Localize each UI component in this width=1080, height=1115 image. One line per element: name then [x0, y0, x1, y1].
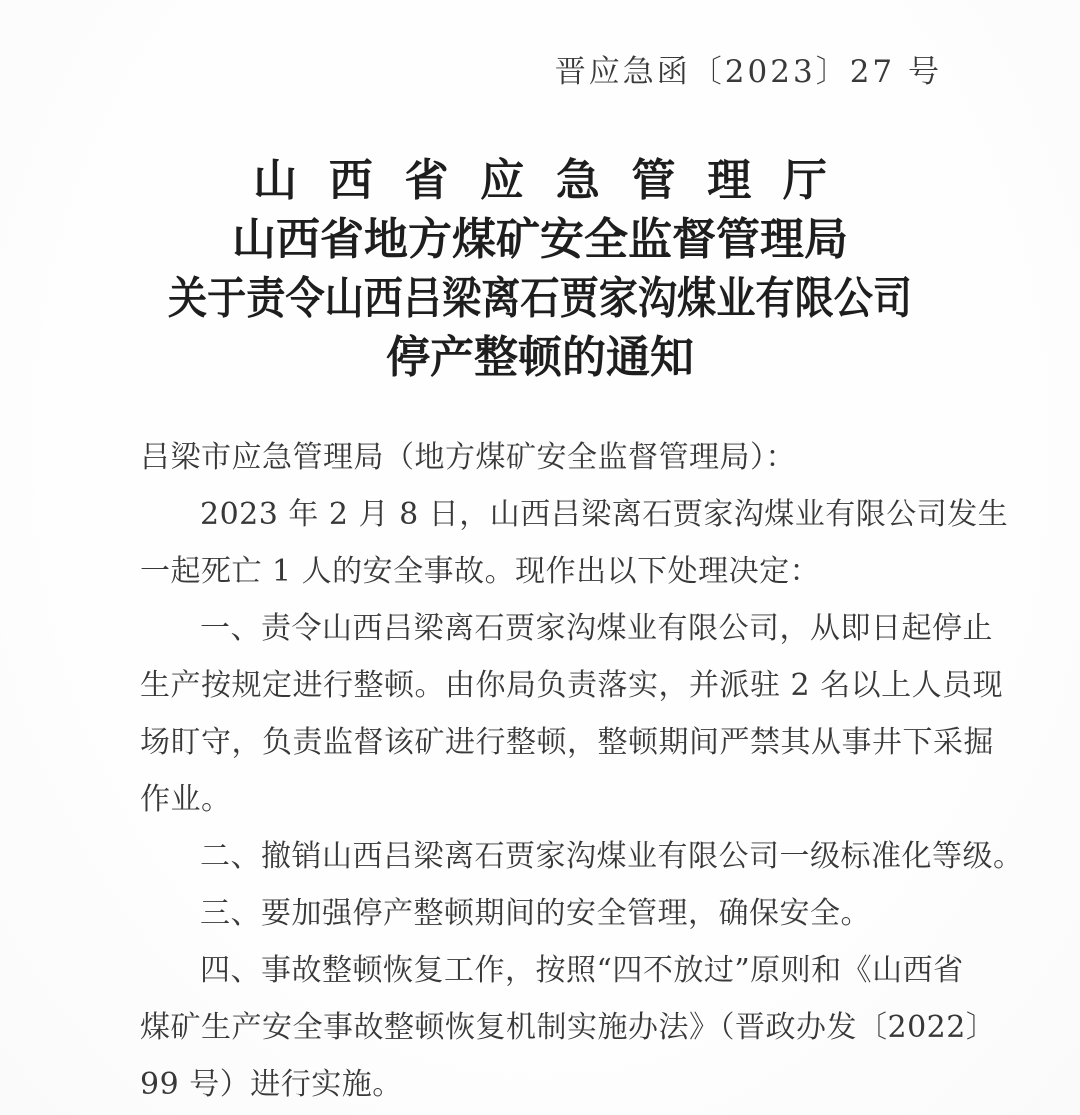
document-title: 山西省应急管理厅 山西省地方煤矿安全监督管理局 关于责令山西吕梁离石贾家沟煤业有…: [70, 151, 1010, 387]
para-5-line-3: 99 号）进行实施。: [140, 1056, 942, 1113]
para-3-line-1: 二、撤销山西吕梁离石贾家沟煤业有限公司一级标准化等级。: [140, 828, 942, 885]
para-5-line-1: 四、事故整顿恢复工作，按照“四不放过”原则和《山西省: [140, 942, 942, 999]
para-2-line-1: 一、责令山西吕梁离石贾家沟煤业有限公司，从即日起停止: [140, 600, 942, 657]
title-line-notice-type: 停产整顿的通知: [70, 328, 1010, 387]
title-line-issuing-bureau: 山西省地方煤矿安全监督管理局: [70, 210, 1010, 269]
document-reference-number: 晋应急函〔2023〕27 号: [555, 46, 942, 91]
title-line-subject: 关于责令山西吕梁离石贾家沟煤业有限公司: [122, 269, 959, 328]
document-page: 晋应急函〔2023〕27 号 山西省应急管理厅 山西省地方煤矿安全监督管理局 关…: [0, 0, 1080, 1115]
para-2-line-4: 作业。: [140, 771, 942, 828]
para-5-line-2: 煤矿生产安全事故整顿恢复机制实施办法》（晋政办发〔2022〕: [140, 999, 942, 1056]
para-2-line-3: 场盯守，负责监督该矿进行整顿，整顿期间严禁其从事井下采掘: [140, 714, 942, 771]
salutation: 吕梁市应急管理局（地方煤矿安全监督管理局）：: [140, 429, 942, 486]
para-2-line-2: 生产按规定进行整顿。由你局负责落实，并派驻 2 名以上人员现: [140, 657, 942, 714]
document-body: 吕梁市应急管理局（地方煤矿安全监督管理局）： 2023 年 2 月 8 日，山西…: [140, 429, 942, 1113]
para-4-line-1: 三、要加强停产整顿期间的安全管理，确保安全。: [140, 885, 942, 942]
title-line-issuing-department: 山西省应急管理厅: [70, 151, 1010, 210]
para-1-line-2: 一起死亡 1 人的安全事故。现作出以下处理决定：: [140, 543, 942, 600]
para-1-line-1: 2023 年 2 月 8 日，山西吕梁离石贾家沟煤业有限公司发生: [140, 486, 942, 543]
